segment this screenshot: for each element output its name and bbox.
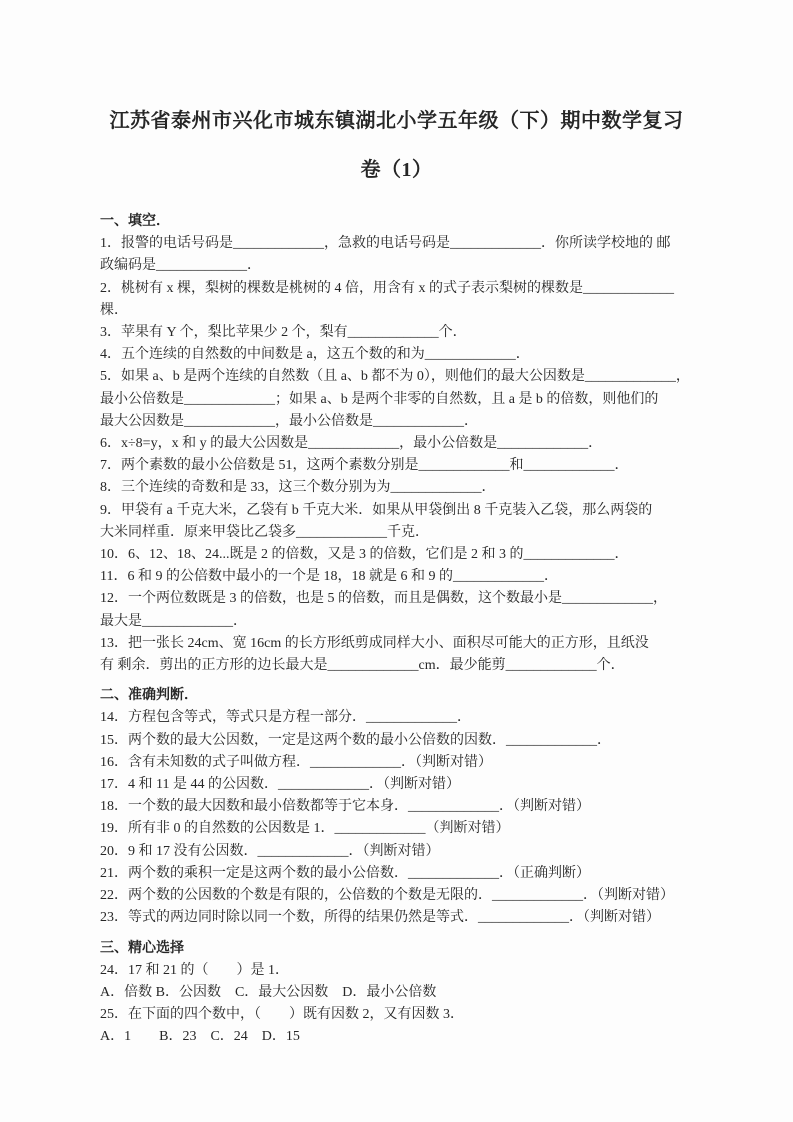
question-line: 有 剩余．剪出的正方形的边长最大是_____________cm．最少能剪___… [100, 655, 693, 677]
question-line: 10．6、12、18、24...既是 2 的倍数，又是 3 的倍数，它们是 2 … [100, 544, 693, 566]
question-line: 6．x÷8=y，x 和 y 的最大公因数是_____________，最小公倍数… [100, 433, 693, 455]
question-line: 22．两个数的公因数的个数是有限的，公倍数的个数是无限的．___________… [100, 885, 693, 907]
question-line: 最大是_____________． [100, 611, 693, 633]
question-line: 8．三个连续的奇数和是 33，这三个数分别为为_____________． [100, 477, 693, 499]
question-line: 24．17 和 21 的（ ）是 1． [100, 960, 693, 982]
question-line: 4．五个连续的自然数的中间数是 a，这五个数的和为_____________． [100, 344, 693, 366]
question-line: 最小公倍数是_____________；如果 a、b 是两个非零的自然数，且 a… [100, 389, 693, 411]
question-line: 17．4 和 11 是 44 的公因数．_____________．（判断对错） [100, 774, 693, 796]
question-line: 5．如果 a、b 是两个连续的自然数（且 a、b 都不为 0），则他们的最大公因… [100, 366, 693, 388]
section-heading: 一、填空． [100, 211, 693, 233]
question-line: 7．两个素数的最小公倍数是 51，这两个素数分别是_____________和_… [100, 455, 693, 477]
question-line: 15．两个数的最大公因数，一定是这两个数的最小公倍数的因数．__________… [100, 730, 693, 752]
question-line: 大米同样重．原来甲袋比乙袋多_____________千克． [100, 522, 693, 544]
section-heading: 三、精心选择 [100, 938, 693, 960]
question-line: 14．方程包含等式，等式只是方程一部分．_____________． [100, 707, 693, 729]
question-line: 13．把一张长 24cm、宽 16cm 的长方形纸剪成同样大小、面积尽可能大的正… [100, 633, 693, 655]
question-line: 1．报警的电话号码是_____________，急救的电话号码是________… [100, 233, 693, 255]
question-line: 19．所有非 0 的自然数的公因数是 1．_____________（判断对错） [100, 818, 693, 840]
document-title-line-1: 江苏省泰州市兴化市城东镇湖北小学五年级（下）期中数学复习 [0, 97, 793, 146]
worksheet-page: 江苏省泰州市兴化市城东镇湖北小学五年级（下）期中数学复习 卷（1） 一、填空． … [0, 0, 793, 1122]
question-line: 21．两个数的乘积一定是这两个数的最小公倍数．_____________．（正确… [100, 863, 693, 885]
question-line: 2．桃树有 x 棵，梨树的棵数是桃树的 4 倍，用含有 x 的式子表示梨树的棵数… [100, 278, 693, 300]
question-line: 23．等式的两边同时除以同一个数，所得的结果仍然是等式．____________… [100, 907, 693, 929]
question-line: 12．一个两位数既是 3 的倍数，也是 5 的倍数，而且是偶数，这个数最小是__… [100, 588, 693, 610]
question-line: 政编码是_____________． [100, 255, 693, 277]
section-multiple-choice: 三、精心选择 24．17 和 21 的（ ）是 1． A．倍数 B．公因数 C．… [100, 938, 693, 1049]
section-heading: 二、准确判断． [100, 685, 693, 707]
document-title-line-2: 卷（1） [0, 146, 793, 195]
document-title: 江苏省泰州市兴化市城东镇湖北小学五年级（下）期中数学复习 卷（1） [0, 0, 793, 195]
question-line: 棵． [100, 300, 693, 322]
question-line: 25．在下面的四个数中，（ ）既有因数 2，又有因数 3． [100, 1004, 693, 1026]
section-fill-blanks: 一、填空． 1．报警的电话号码是_____________，急救的电话号码是__… [100, 211, 693, 677]
section-true-false: 二、准确判断． 14．方程包含等式，等式只是方程一部分．____________… [100, 685, 693, 929]
question-line: 11．6 和 9 的公倍数中最小的一个是 18，18 就是 6 和 9 的___… [100, 566, 693, 588]
choice-options-line: A．1 B．23 C．24 D．15 [100, 1026, 693, 1048]
question-line: 9．甲袋有 a 千克大米，乙袋有 b 千克大米．如果从甲袋倒出 8 千克装入乙袋… [100, 500, 693, 522]
question-line: 最大公因数是_____________，最小公倍数是_____________． [100, 411, 693, 433]
question-line: 16．含有未知数的式子叫做方程．_____________．（判断对错） [100, 752, 693, 774]
question-line: 18．一个数的最大因数和最小倍数都等于它本身．_____________．（判断… [100, 796, 693, 818]
worksheet-body: 一、填空． 1．报警的电话号码是_____________，急救的电话号码是__… [0, 195, 793, 1049]
question-line: 3．苹果有 Y 个，梨比苹果少 2 个，梨有_____________个． [100, 322, 693, 344]
question-line: 20．9 和 17 没有公因数．_____________．（判断对错） [100, 841, 693, 863]
choice-options-line: A．倍数 B．公因数 C．最大公因数 D．最小公倍数 [100, 982, 693, 1004]
